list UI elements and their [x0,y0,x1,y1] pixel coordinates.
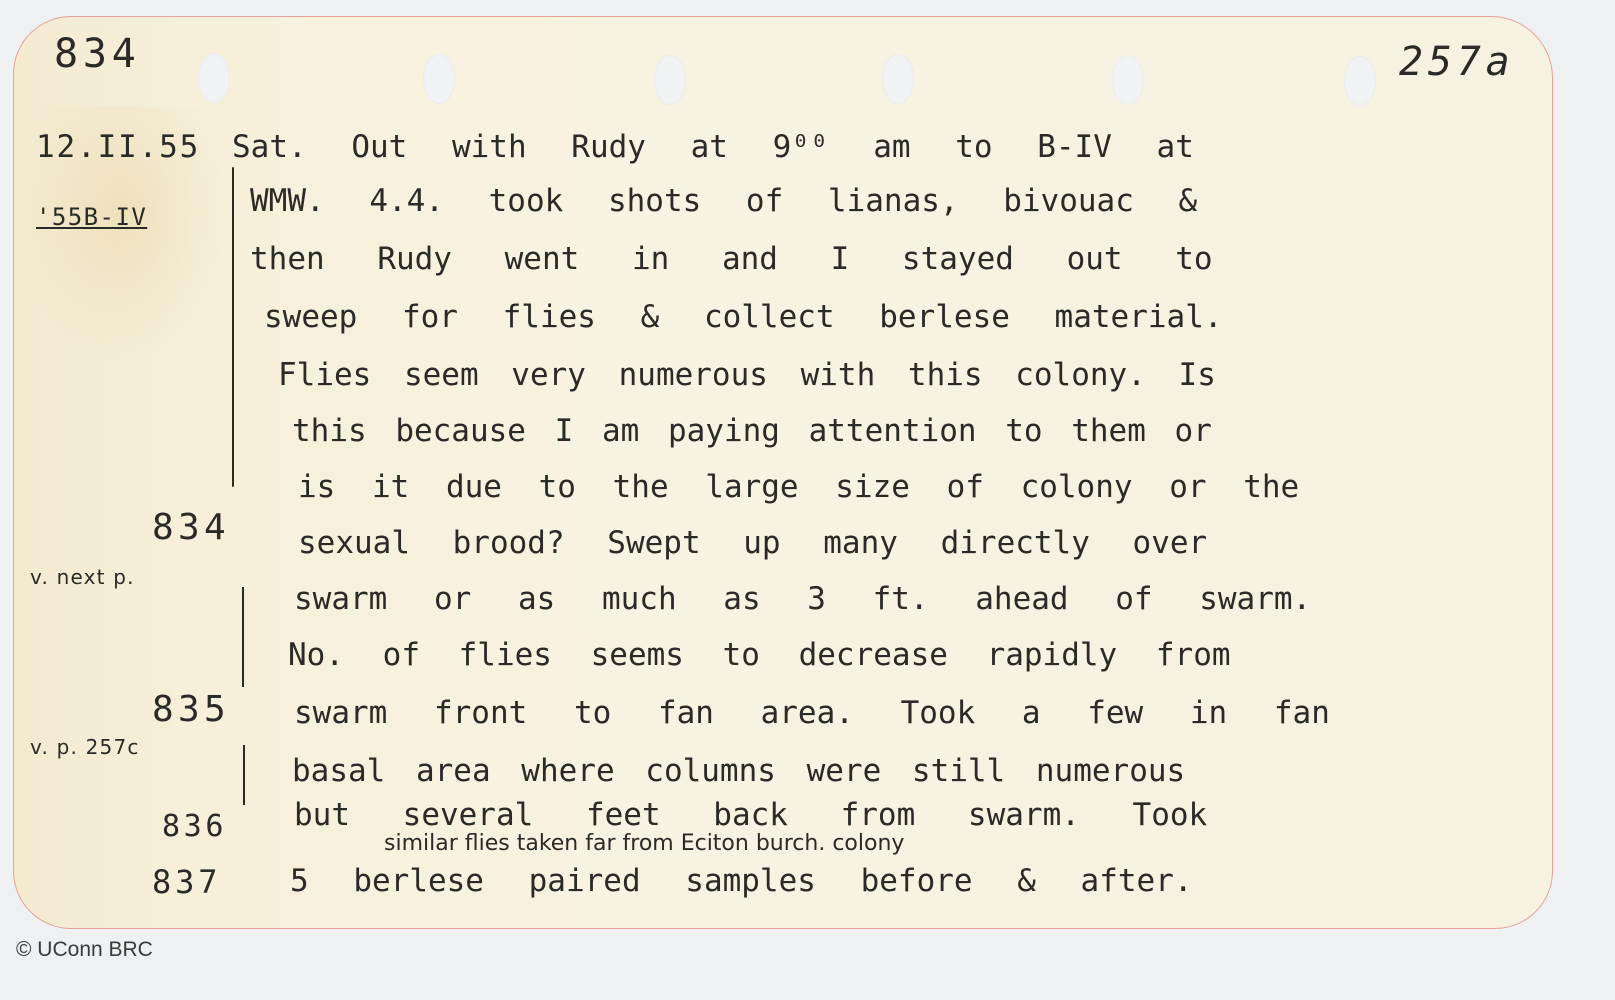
copyright-watermark: © UConn BRC [16,938,153,962]
specimen-number: 835 [152,689,230,730]
punch-hole [1344,56,1376,106]
punch-hole [882,54,914,104]
note-line: is it due to the large size of colony or… [298,469,1299,505]
bracket-line [243,745,245,805]
note-line: basal area where columns were still nume… [292,753,1185,789]
punch-hole [654,55,686,105]
note-line: this because I am paying attention to th… [292,413,1212,449]
note-line: sexual brood? Swept up many directly ove… [298,525,1207,561]
note-line: 5 berlese paired samples before & after. [290,863,1193,899]
bracket-line [232,167,234,487]
field-note-card: 834 257a 12.II.55 '55B-IV 834 v. next p.… [13,16,1553,929]
note-line: but several feet back from swarm. Took [294,797,1207,833]
note-line: then Rudy went in and I stayed out to [250,241,1213,277]
margin-colony: '55B-IV [36,203,147,231]
note-line: WMW. 4.4. took shots of lianas, bivouac … [250,183,1197,219]
margin-date: 12.II.55 [36,129,200,165]
note-line: No. of flies seems to decrease rapidly f… [288,637,1231,673]
margin-note: v. p. 257c [30,735,140,759]
punch-hole [423,54,455,104]
page-number-right: 257a [1399,39,1515,85]
inserted-note: similar flies taken far from Eciton burc… [384,831,904,856]
note-line: sweep for flies & collect berlese materi… [264,299,1223,335]
note-line: swarm or as much as 3 ft. ahead of swarm… [294,581,1311,617]
punch-hole [1112,55,1144,105]
punch-hole [198,53,230,103]
note-line: Flies seem very numerous with this colon… [278,357,1216,393]
bracket-line [242,587,244,687]
page-number-left: 834 [54,31,141,77]
specimen-number: 836 [162,809,227,844]
specimen-number: 834 [152,507,230,548]
note-line: swarm front to fan area. Took a few in f… [294,695,1330,731]
margin-note: v. next p. [30,565,135,589]
note-line: Sat. Out with Rudy at 9⁰⁰ am to B-IV at [232,129,1194,165]
specimen-number: 837 [152,863,221,901]
